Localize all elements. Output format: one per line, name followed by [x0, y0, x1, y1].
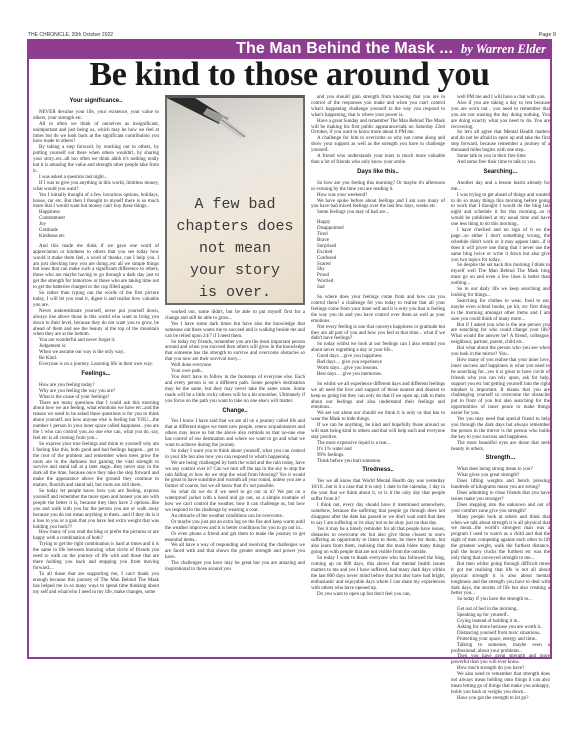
paragraph: A friend who understands your tears is m… [311, 154, 445, 166]
paragraph: Everyone is on a journey. Learning life … [33, 362, 159, 368]
poster-line: A few bad [167, 194, 303, 216]
paragraph: How many of you read the blog or prefer … [33, 530, 159, 542]
subheading-days-like-this: Days like this.. [311, 170, 445, 176]
paragraph: The challenges you have may be great but… [165, 561, 305, 573]
paragraph: There are many questions that I could as… [33, 401, 159, 442]
paragraph: I think not, every day should have it me… [311, 503, 445, 527]
paragraph: So today whilst we look at our feelings … [311, 342, 445, 354]
paragraph: We have spoke before about feelings and … [311, 199, 445, 211]
paragraph: The most beautiful eyes are those that s… [451, 441, 550, 453]
paragraph: We all have a way of responding and reso… [165, 543, 305, 561]
quote-poster-image: A few bad chapters does not mean your st… [165, 95, 305, 305]
paragraph: Have you got the strength to let go? [451, 696, 550, 702]
paragraph: Yes you may need that special friend to … [451, 417, 550, 441]
paragraph: Does stepping into the unknown and out o… [451, 503, 550, 515]
paragraph: An obstacle of the weather conditions ca… [165, 514, 305, 520]
paragraph: So today I want you to think about yours… [165, 449, 305, 461]
paragraph: I was trying to get ahead of things and … [451, 193, 550, 228]
paragraph: So how are you feeling this morning? Or … [311, 181, 445, 193]
poster-line: is over. [167, 282, 303, 304]
paragraph: So today my friends, remember you are th… [165, 340, 305, 364]
paragraph: So today I want to thank everyone who ha… [311, 556, 445, 591]
paragraph: We are being challenged by both the wind… [165, 461, 305, 491]
paragraph: and you should gain strength from knowin… [311, 95, 445, 119]
column-title: The Man Behind the Mask ... [236, 40, 453, 57]
paragraph: You don't have to follow in the footstep… [165, 375, 305, 405]
page-number: Page 9 [539, 32, 556, 38]
paragraph: Does admitting to close friends that you… [451, 491, 550, 503]
paragraph: A challenge for him to overcome so why n… [311, 136, 445, 154]
poster-line: not mean [167, 238, 303, 260]
subheading-significance: Your significance.. [33, 99, 159, 105]
paragraph: Then you have great strength and more po… [451, 654, 550, 666]
paragraph: Protecting your space, energy and time.. [451, 637, 550, 643]
paragraph: Yes I have some dark times but have also… [165, 322, 305, 340]
subheading-searching: Searching... [451, 170, 550, 176]
subheading-feelings: Feelings... [33, 372, 159, 378]
subheading-tiredness: Tiredness.. [311, 468, 445, 474]
article-column-2: worked out, some didn't, but be able to … [165, 310, 305, 573]
paragraph: By taking a step forward, by reaching ou… [33, 145, 159, 175]
paragraph: If we can be anything, be kind and hopef… [311, 423, 445, 441]
paragraph: To all those that are supporting me, I c… [33, 572, 159, 596]
paragraph: I have checked and no sign of it on the … [451, 228, 550, 263]
paragraph: Asking for more because you are worth it… [451, 625, 550, 631]
paragraph: We are not alone nor should we think it … [311, 411, 445, 423]
subheading-change: Change.. [165, 409, 305, 415]
paragraph: So what do we do if we need to go out in… [165, 490, 305, 514]
article-headline: Be kind to those around you [27, 58, 552, 92]
paragraph: Think before you hurt someone. [311, 459, 445, 465]
paragraph: Trying to get the right combination is h… [33, 542, 159, 572]
paragraph: worked out, some didn't, but be able to … [165, 310, 305, 322]
paragraph: But if I asked you who is the one person… [451, 323, 550, 347]
poster-quote: A few bad chapters does not mean your st… [167, 194, 303, 304]
paper-name-date: THE CHRONICLE, 20th October 2022 [28, 32, 113, 38]
paragraph: So express your true feelings and think … [33, 442, 159, 489]
paragraph: But then whilst going through difficult … [451, 562, 550, 597]
paragraph: So in our daily life we keep searching a… [451, 287, 550, 299]
paragraph: Another day and a lesson learnt already … [451, 181, 550, 193]
paragraph: Or maybe you just put an extra log on th… [165, 520, 305, 532]
paragraph: And this made me think if we gave one wo… [33, 244, 159, 291]
paragraph: Also if you are taking a day to rest bec… [451, 101, 550, 131]
paragraph: Yes I know I have said that we are all o… [165, 419, 305, 449]
paragraph: Searching for clothes to wear, food to e… [451, 299, 550, 323]
paragraph: Yes I initially thought of a few luxurio… [33, 193, 159, 211]
paragraph: Does lifting weights and bench pressing … [451, 479, 550, 491]
paragraph: Do you want to open up but don't feel yo… [311, 592, 445, 598]
paragraph: Yes it may be a timely reminder for all … [311, 527, 445, 557]
paragraph: But what about the person who you see wh… [451, 346, 550, 358]
paragraph: How many of you realise that your inner … [451, 358, 550, 417]
paragraph: And some free their time to talk to you. [451, 160, 550, 166]
paragraph: If I was to give you anything in this wo… [33, 181, 159, 193]
byline: by Warren Elder [461, 42, 546, 56]
paragraph: So today let people know how you are fee… [33, 489, 159, 530]
poster-line: chapters does [167, 216, 303, 238]
paragraph: Not every feeling is one that conveys ha… [311, 325, 445, 343]
subheading-strength: Strength... [451, 456, 550, 462]
fountain-pen-icon [167, 98, 287, 148]
poster-line: your story [167, 260, 303, 282]
paragraph: Have a great Sunday and remember The Man… [311, 119, 445, 137]
paragraph: We also need to remember that strength d… [451, 672, 550, 696]
paragraph: So whilst we all experience different da… [311, 382, 445, 412]
paragraph: Talking to someone, maybe even a profess… [451, 643, 550, 655]
paragraph: Or even phone a friend and get them to m… [165, 532, 305, 544]
paragraph: So despite the set back this morning I t… [451, 263, 550, 287]
paragraph: Yes we all know that World Mental Health… [311, 479, 445, 503]
paragraph: Never underestimate yourself, never put … [33, 309, 159, 339]
article-column-3: and you should gain strength from knowin… [311, 95, 445, 598]
paragraph: Distancing yourself from toxic situation… [451, 631, 550, 637]
paragraph: So let's all agree that Mental Health ma… [451, 130, 550, 154]
paragraph: All to often we think of ourselves as in… [33, 122, 159, 146]
paragraph: So rather than typing out the words of t… [33, 291, 159, 309]
article-column-4: well PM me and I will have a chat with y… [451, 95, 550, 702]
paragraph: NEVER devalue your life, your existence,… [33, 110, 159, 122]
paragraph: So where does your feelings come from an… [311, 295, 445, 325]
paragraph: Many people look at others and think tha… [451, 515, 550, 562]
article-column-1: Your significance.. NEVER devalue your l… [33, 95, 159, 595]
